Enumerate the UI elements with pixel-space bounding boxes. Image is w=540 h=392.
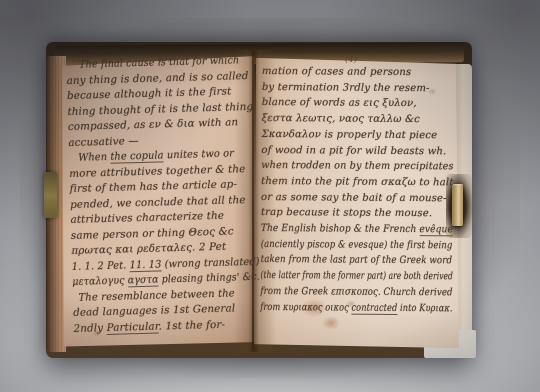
handwritten-line: when trodden on by them precipitates [261, 158, 444, 175]
handwritten-line: of wood in a pit for wild beasts wh. [261, 143, 453, 160]
handwritten-line: by termination 3rdly the resem- [262, 80, 454, 97]
handwritten-line: (the latter from the former part) are bo… [260, 268, 401, 285]
handwritten-line: them into the pit from σκαζω to halt [261, 174, 453, 191]
left-page-text: The final cause is that for whichany thi… [66, 53, 262, 337]
handwritten-line: trap because it stops the mouse. [261, 205, 453, 222]
handwritten-line: from κυριακος οικος contracted into Κυρι… [260, 300, 415, 317]
book-clasp-remnant [44, 172, 57, 218]
handwritten-line: or as some say the bait of a mouse- [261, 190, 453, 207]
handwritten-line: The English bishop & the French evêque [261, 221, 433, 238]
right-page-number: (4) [334, 55, 368, 65]
photo-of-notebook: (3) (4) The final cause is that for whic… [0, 0, 540, 392]
book-clasp [452, 184, 463, 226]
handwritten-line: mation of cases and persons [262, 64, 454, 81]
handwritten-line: taken from the last part of the Greek wo… [261, 252, 425, 269]
handwritten-line: from the Greek επισκοπος. Church derived [260, 284, 423, 301]
handwritten-line: blance of words as εις ξυλον, [262, 95, 454, 112]
handwritten-line: ξεστα λεωτις, ναος ταλλω &c [262, 111, 454, 128]
handwritten-line: Σκανδαλον is properly that piece [261, 127, 453, 144]
handwritten-line: (anciently piscop & evesque) the first b… [261, 237, 421, 254]
ink-stain [322, 316, 340, 330]
right-page-text: mation of cases and personsby terminatio… [260, 64, 454, 317]
